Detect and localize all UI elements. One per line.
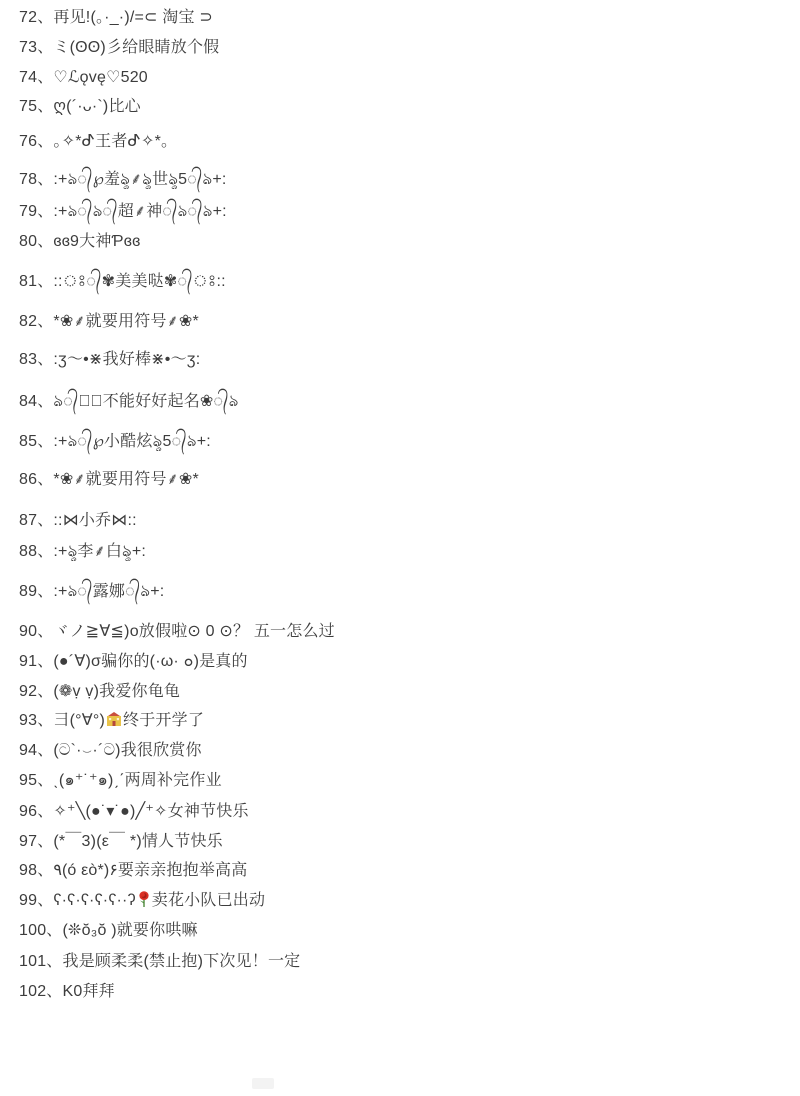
item-text: 终于开学了 xyxy=(123,712,204,729)
item-text: ɞɞ9大神Ƥɞɞ xyxy=(53,233,140,250)
list-item: 92、(❁ṿ ṿ)我爱你龟龟 xyxy=(19,682,800,702)
item-text: ˎ(๑⁺˙⁺๑)ˏˊ两周补完作业 xyxy=(53,772,221,789)
item-text: ♡ℒǫvę♡520 xyxy=(53,69,148,86)
item-text: (ට`·⌣·´ට)我很欣赏你 xyxy=(53,742,201,759)
item-number: 78、 xyxy=(19,171,53,188)
watermark xyxy=(252,1078,274,1089)
list-item: 102、K0拜拜 xyxy=(19,982,800,1002)
list-item: 99、ʕ·ʕ·ʕ·ʕ·ʕ··ʔ卖花小队已出动 xyxy=(19,891,800,911)
item-number: 82、 xyxy=(19,313,53,330)
list-item: 89、:+ঌ᭄露娜᭄ঌ+: xyxy=(19,582,800,602)
item-number: 100、 xyxy=(19,922,63,939)
item-text: ::⋈小乔⋈:: xyxy=(53,512,136,529)
item-text: *❀⸙就要用符号⸙❀* xyxy=(53,313,198,330)
item-number: 101、 xyxy=(19,953,63,970)
item-text: 彐(°∀°) xyxy=(53,712,105,729)
item-number: 85、 xyxy=(19,433,53,450)
item-number: 102、 xyxy=(19,983,63,1000)
item-number: 92、 xyxy=(19,683,53,700)
item-text: (●´∀)σ骗你的(·ω· ๐)是真的 xyxy=(53,653,247,670)
list-item: 80、ɞɞ9大神Ƥɞɞ xyxy=(19,232,800,252)
list-item: 78、:+ঌ᭄℘羞ৡ⸙ৡ世ৡ5᭄ঌ+: xyxy=(19,170,800,190)
list-item: 84、ঌ᭄❀᭄不能好好起名❀᭄ঌ xyxy=(19,392,800,412)
item-text: ミ(ʘʘ)彡给眼睛放个假 xyxy=(53,39,219,56)
list-item: 74、♡ℒǫvę♡520 xyxy=(19,68,800,88)
item-number: 76、 xyxy=(19,133,53,150)
item-number: 97、 xyxy=(19,833,53,850)
rose-icon xyxy=(137,891,151,907)
item-number: 80、 xyxy=(19,233,53,250)
item-text: :ʒ〜•⋇我好棒⋇•〜ʒ: xyxy=(53,351,200,368)
list-item: 79、:+ঌ᭄ঌ᭄超⸙神᭄ঌ᭄ঌ+: xyxy=(19,202,800,222)
item-text: (*￣3)(ε￣ *)情人节快乐 xyxy=(53,833,222,850)
list-item: 93、彐(°∀°)终于开学了 xyxy=(19,711,800,731)
item-text: (❊ŏ₃ŏ )就要你哄嘛 xyxy=(63,922,198,939)
item-text: *❀⸙就要用符号⸙❀* xyxy=(53,471,198,488)
list-item: 96、✧⁺╲(●˙▾˙●)╱⁺✧女神节快乐 xyxy=(19,802,800,822)
item-text: 我是顾柔柔(禁止抱)下次见！一定 xyxy=(63,953,301,970)
list-item: 94、(ට`·⌣·´ට)我很欣赏你 xyxy=(19,741,800,761)
list-item: 97、(*￣3)(ε￣ *)情人节快乐 xyxy=(19,832,800,852)
item-text: ღ(´·ᴗ·`)比心 xyxy=(53,98,140,115)
item-text: ::ঃ᭄✾美美哒✾᭄ঃ:: xyxy=(53,273,225,290)
item-text: :+ঌ᭄℘羞ৡ⸙ৡ世ৡ5᭄ঌ+: xyxy=(53,171,226,188)
list-item: 76、｡✧*ᕷ王者ᕷ✧*｡ xyxy=(19,132,800,152)
item-text: ｡✧*ᕷ王者ᕷ✧*｡ xyxy=(53,133,169,150)
list-item: 85、:+ঌ᭄℘小酷炫ৡ5᭄ঌ+: xyxy=(19,432,800,452)
list-item: 72、再见!(｡·_·)/=⊂ 淘宝 ⊃ xyxy=(19,8,800,28)
item-number: 96、 xyxy=(19,803,53,820)
item-number: 89、 xyxy=(19,583,53,600)
list-item: 98、٩(ó εò*)۶要亲亲抱抱举高高 xyxy=(19,861,800,881)
list-item: 95、ˎ(๑⁺˙⁺๑)ˏˊ两周补完作业 xyxy=(19,771,800,791)
item-number: 83、 xyxy=(19,351,53,368)
item-text: ঌ᭄❀᭄不能好好起名❀᭄ঌ xyxy=(53,393,238,410)
item-number: 99、 xyxy=(19,892,53,909)
item-number: 88、 xyxy=(19,543,53,560)
list-item: 83、:ʒ〜•⋇我好棒⋇•〜ʒ: xyxy=(19,350,800,370)
item-number: 94、 xyxy=(19,742,53,759)
item-number: 79、 xyxy=(19,203,53,220)
item-number: 74、 xyxy=(19,69,53,86)
item-number: 84、 xyxy=(19,393,53,410)
item-number: 72、 xyxy=(19,9,53,26)
list-item: 100、(❊ŏ₃ŏ )就要你哄嘛 xyxy=(19,921,800,941)
list-item: 86、*❀⸙就要用符号⸙❀* xyxy=(19,470,800,490)
list-item: 82、*❀⸙就要用符号⸙❀* xyxy=(19,312,800,332)
list-item: 91、(●´∀)σ骗你的(·ω· ๐)是真的 xyxy=(19,652,800,672)
item-text: :+ঌ᭄露娜᭄ঌ+: xyxy=(53,583,164,600)
list-item: 88、:+ৡ李⸙白ৡ+: xyxy=(19,542,800,562)
item-text: ヾノ≧∀≦)o放假啦⊙ 0 ⊙？ 五一怎么过 xyxy=(53,623,334,640)
list-item: 75、ღ(´·ᴗ·`)比心 xyxy=(19,97,800,117)
item-text: 卖花小队已出动 xyxy=(152,892,265,909)
school-icon xyxy=(106,712,122,727)
item-number: 98、 xyxy=(19,862,53,879)
list-item: 73、ミ(ʘʘ)彡给眼睛放个假 xyxy=(19,38,800,58)
list-item: 90、ヾノ≧∀≦)o放假啦⊙ 0 ⊙？ 五一怎么过 xyxy=(19,622,800,642)
item-text: 再见!(｡·_·)/=⊂ 淘宝 ⊃ xyxy=(53,9,213,26)
item-text: ٩(ó εò*)۶要亲亲抱抱举高高 xyxy=(53,862,247,879)
item-number: 73、 xyxy=(19,39,53,56)
item-text: :+ঌ᭄℘小酷炫ৡ5᭄ঌ+: xyxy=(53,433,210,450)
item-number: 90、 xyxy=(19,623,53,640)
item-text: :+ৡ李⸙白ৡ+: xyxy=(53,543,146,560)
item-text: (❁ṿ ṿ)我爱你龟龟 xyxy=(53,683,180,700)
item-number: 87、 xyxy=(19,512,53,529)
item-number: 86、 xyxy=(19,471,53,488)
item-number: 91、 xyxy=(19,653,53,670)
item-text: ✧⁺╲(●˙▾˙●)╱⁺✧女神节快乐 xyxy=(53,803,248,820)
item-text: ʕ·ʕ·ʕ·ʕ·ʕ··ʔ xyxy=(53,892,135,909)
list-item: 81、::ঃ᭄✾美美哒✾᭄ঃ:: xyxy=(19,272,800,292)
nickname-list: 72、再见!(｡·_·)/=⊂ 淘宝 ⊃73、ミ(ʘʘ)彡给眼睛放个假74、♡ℒ… xyxy=(19,8,800,1002)
item-number: 95、 xyxy=(19,772,53,789)
item-text: K0拜拜 xyxy=(63,983,115,1000)
list-item: 101、我是顾柔柔(禁止抱)下次见！一定 xyxy=(19,952,800,972)
list-item: 87、::⋈小乔⋈:: xyxy=(19,511,800,531)
item-number: 93、 xyxy=(19,712,53,729)
item-text: :+ঌ᭄ঌ᭄超⸙神᭄ঌ᭄ঌ+: xyxy=(53,203,226,220)
item-number: 75、 xyxy=(19,98,53,115)
item-number: 81、 xyxy=(19,273,53,290)
